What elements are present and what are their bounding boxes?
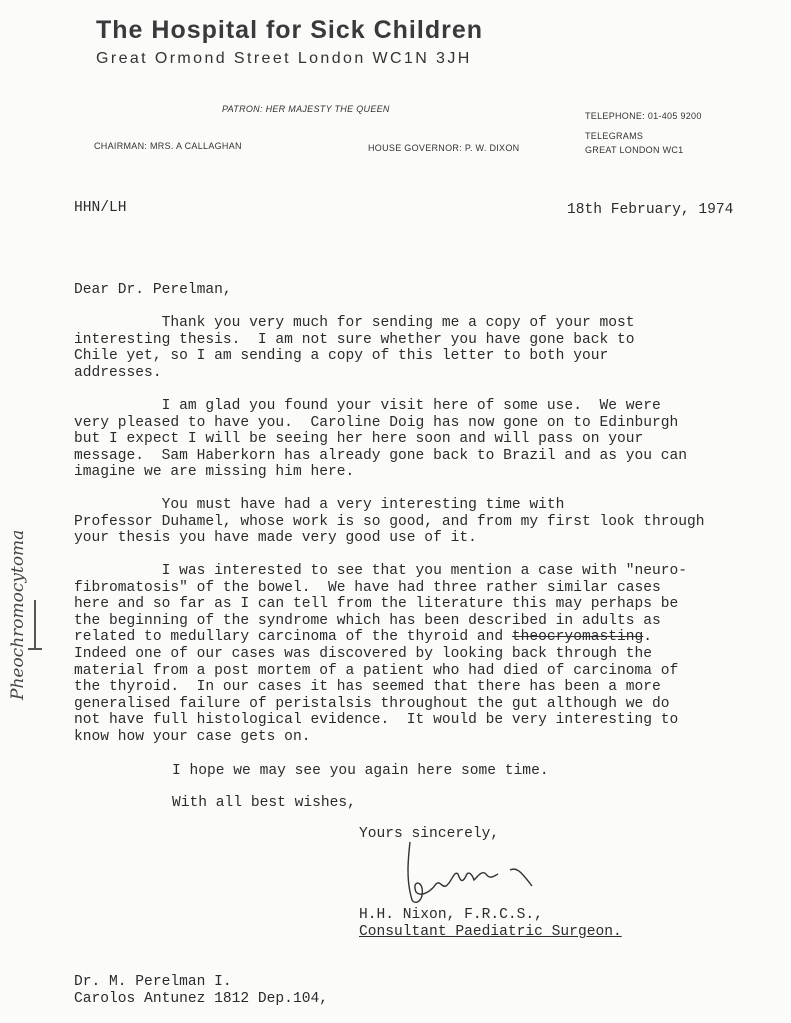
handwritten-signature-icon: [402, 840, 572, 910]
body-paragraph-4: I was interested to see that you mention…: [74, 563, 774, 746]
salutation: Dear Dr. Perelman,: [74, 282, 232, 299]
closing-line: I hope we may see you again here some ti…: [172, 763, 549, 780]
telegrams-label: TELEGRAMS: [585, 131, 643, 141]
signatory-name: H.H. Nixon, F.R.C.S.,: [359, 907, 543, 924]
house-governor-line: HOUSE GOVERNOR: P. W. DIXON: [368, 143, 519, 153]
letter-date: 18th February, 1974: [567, 202, 733, 219]
paragraph-4-text-after: . Indeed one of our cases was discovered…: [74, 629, 678, 745]
recipient-name: Dr. M. Perelman I.: [74, 974, 232, 991]
telephone-line: TELEPHONE: 01-405 9200: [585, 111, 702, 121]
chairman-line: CHAIRMAN: MRS. A CALLAGHAN: [94, 141, 242, 151]
reference-code: HHN/LH: [74, 200, 127, 217]
patron-line: PATRON: HER MAJESTY THE QUEEN: [222, 104, 390, 114]
body-paragraph-3: You must have had a very interesting tim…: [74, 497, 774, 547]
telegrams-address: GREAT LONDON WC1: [585, 145, 683, 155]
hospital-address: Great Ormond Street London WC1N 3JH: [96, 50, 472, 68]
hospital-name: The Hospital for Sick Children: [96, 16, 483, 45]
struck-word: theocryomasting: [512, 629, 643, 645]
margin-bracket-mark-icon: [34, 600, 36, 648]
best-wishes: With all best wishes,: [172, 795, 356, 812]
body-paragraph-2: I am glad you found your visit here of s…: [74, 398, 774, 481]
recipient-address: Carolos Antunez 1812 Dep.104,: [74, 991, 328, 1008]
body-paragraph-1: Thank you very much for sending me a cop…: [74, 315, 774, 381]
signatory-title: Consultant Paediatric Surgeon.: [359, 924, 622, 941]
margin-handwritten-note: Pheochromocytoma: [8, 530, 28, 700]
